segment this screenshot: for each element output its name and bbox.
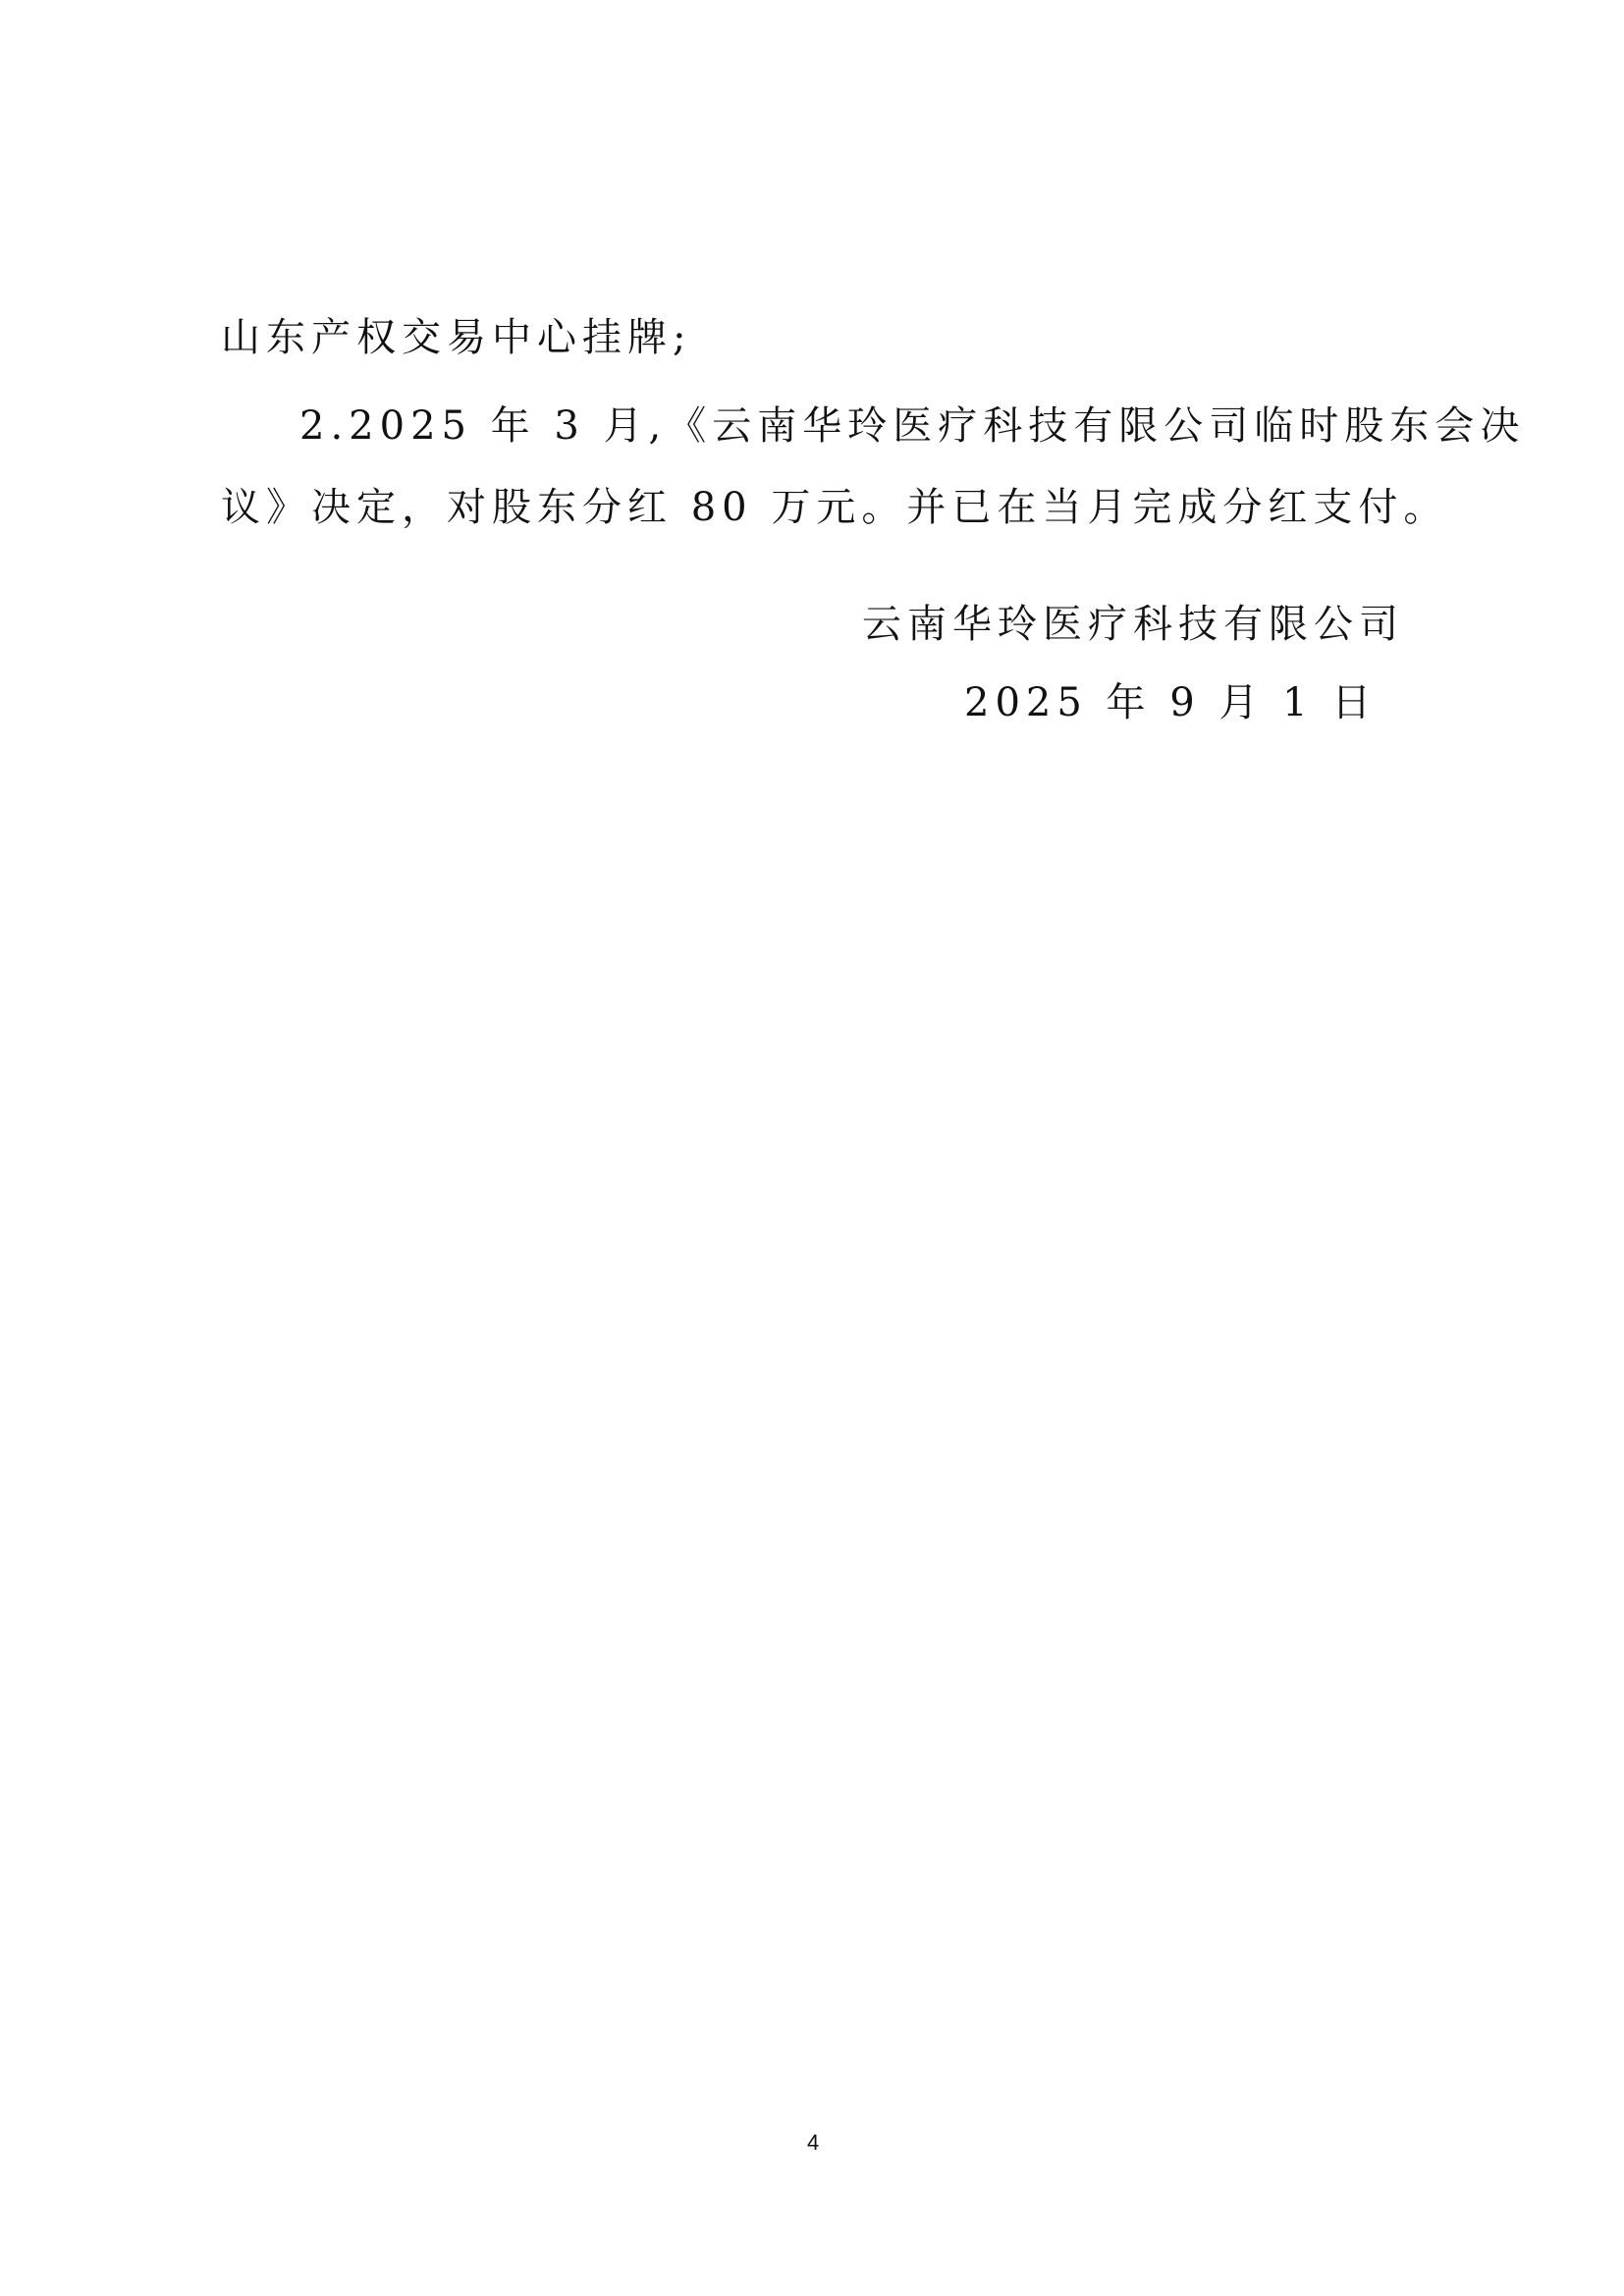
paragraph-line-3: 议》决定，对股东分红 80 万元。并已在当月完成分红支付。 xyxy=(221,484,1448,531)
page-number: 4 xyxy=(807,2130,819,2156)
signature-company: 云南华玲医疗科技有限公司 xyxy=(862,601,1404,648)
signature-date: 2025 年 9 月 1 日 xyxy=(964,679,1377,726)
paragraph-line-2: 2.2025 年 3 月,《云南华玲医疗科技有限公司临时股东会决 xyxy=(299,402,1525,450)
paragraph-line-1: 山东产权交易中心挂牌; xyxy=(221,314,691,361)
